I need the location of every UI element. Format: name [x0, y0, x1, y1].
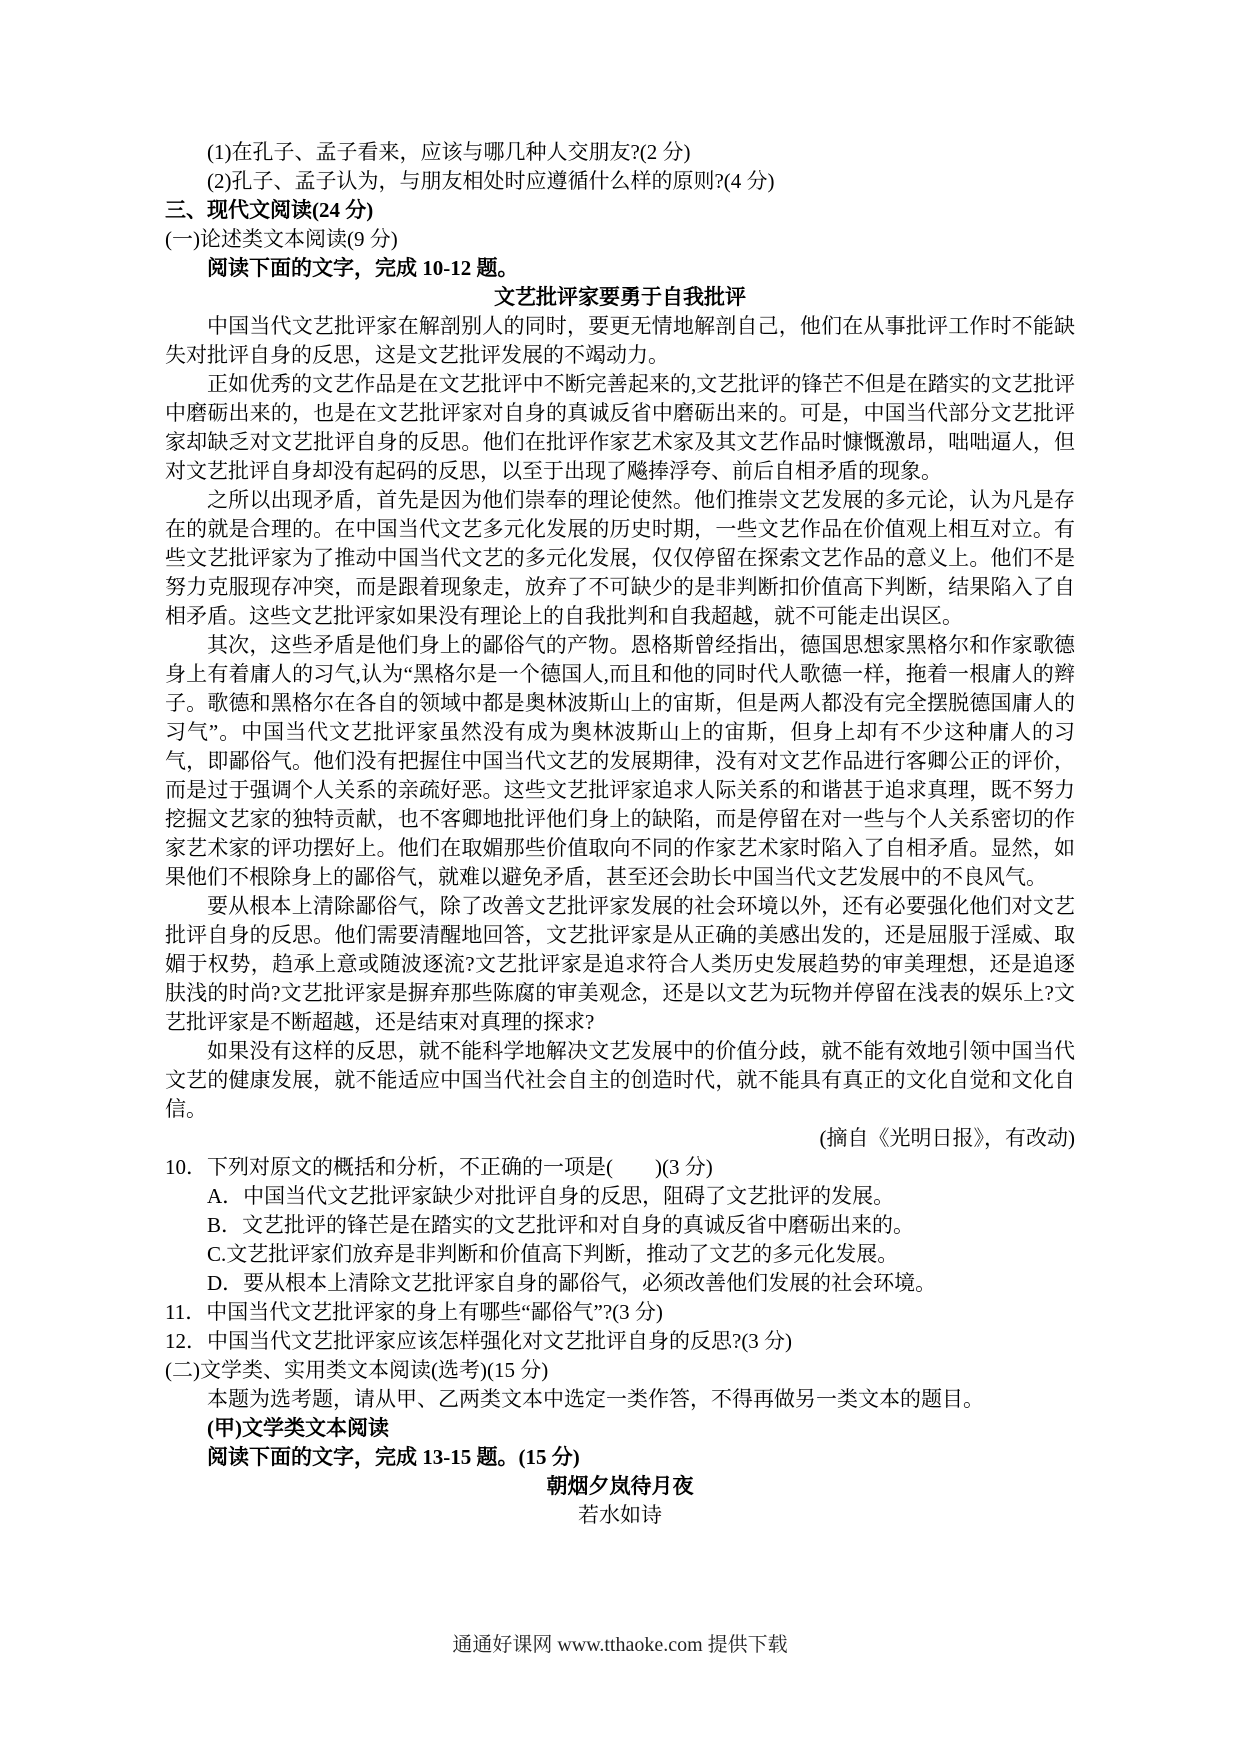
essay-paragraph-4: 其次，这些矛盾是他们身上的鄙俗气的产物。恩格斯曾经指出，德国思想家黑格尔和作家歌…: [165, 631, 1075, 892]
exam-paper-page: (1)在孔子、孟子看来，应该与哪几种人交朋友?(2 分) (2)孔子、孟子认为，…: [0, 0, 1240, 1754]
passage-author: 若水如诗: [165, 1501, 1075, 1530]
essay-paragraph-5: 要从根本上清除鄙俗气，除了改善文艺批评家发展的社会环境以外，还有必要强化他们对文…: [165, 892, 1075, 1037]
part1-reading-instruction: 阅读下面的文字，完成 10-12 题。: [165, 254, 1075, 283]
question-10: 10．下列对原文的概括和分析，不正确的一项是( )(3 分): [165, 1153, 1075, 1182]
essay-paragraph-6: 如果没有这样的反思，就不能科学地解决文艺发展中的价值分歧，就不能有效地引领中国当…: [165, 1037, 1075, 1124]
part2-reading-instruction: 阅读下面的文字，完成 13-15 题。(15 分): [165, 1443, 1075, 1472]
part2-sub-heading: (甲)文学类文本阅读: [165, 1414, 1075, 1443]
section-heading: 三、现代文阅读(24 分): [165, 196, 1075, 225]
intro-question-1: (1)在孔子、孟子看来，应该与哪几种人交朋友?(2 分): [165, 138, 1075, 167]
footer-download-text: 通通好课网 www.tthaoke.com 提供下载: [0, 1628, 1240, 1657]
essay-paragraph-1: 中国当代文艺批评家在解剖别人的同时，要更无情地解剖自己，他们在从事批评工作时不能…: [165, 312, 1075, 370]
essay-paragraph-3: 之所以出现矛盾，首先是因为他们崇奉的理论使然。他们推崇文艺发展的多元论，认为凡是…: [165, 486, 1075, 631]
essay-title: 文艺批评家要勇于自我批评: [165, 283, 1075, 312]
passage-title: 朝烟夕岚待月夜: [165, 1472, 1075, 1501]
question-12: 12．中国当代文艺批评家应该怎样强化对文艺批评自身的反思?(3 分): [165, 1327, 1075, 1356]
part2-heading: (二)文学类、实用类文本阅读(选考)(15 分): [165, 1356, 1075, 1385]
part1-heading: (一)论述类文本阅读(9 分): [165, 225, 1075, 254]
essay-paragraph-2: 正如优秀的文艺作品是在文艺批评中不断完善起来的,文艺批评的锋芒不但是在踏实的文艺…: [165, 370, 1075, 486]
intro-question-2: (2)孔子、孟子认为，与朋友相处时应遵循什么样的原则?(4 分): [165, 167, 1075, 196]
question-10-option-a: A．中国当代文艺批评家缺少对批评自身的反思，阻碍了文艺批评的发展。: [165, 1182, 1075, 1211]
essay-source: (摘自《光明日报》，有改动): [165, 1124, 1075, 1153]
question-10-option-b: B．文艺批评的锋芒是在踏实的文艺批评和对自身的真诚反省中磨砺出来的。: [165, 1211, 1075, 1240]
question-10-option-c: C.文艺批评家们放弃是非判断和价值高下判断，推动了文艺的多元化发展。: [165, 1240, 1075, 1269]
page-content: (1)在孔子、孟子看来，应该与哪几种人交朋友?(2 分) (2)孔子、孟子认为，…: [165, 138, 1075, 1530]
question-10-option-d: D．要从根本上清除文艺批评家自身的鄙俗气，必须改善他们发展的社会环境。: [165, 1269, 1075, 1298]
question-11: 11．中国当代文艺批评家的身上有哪些“鄙俗气”?(3 分): [165, 1298, 1075, 1327]
part2-selection-note: 本题为选考题，请从甲、乙两类文本中选定一类作答，不得再做另一类文本的题目。: [165, 1385, 1075, 1414]
